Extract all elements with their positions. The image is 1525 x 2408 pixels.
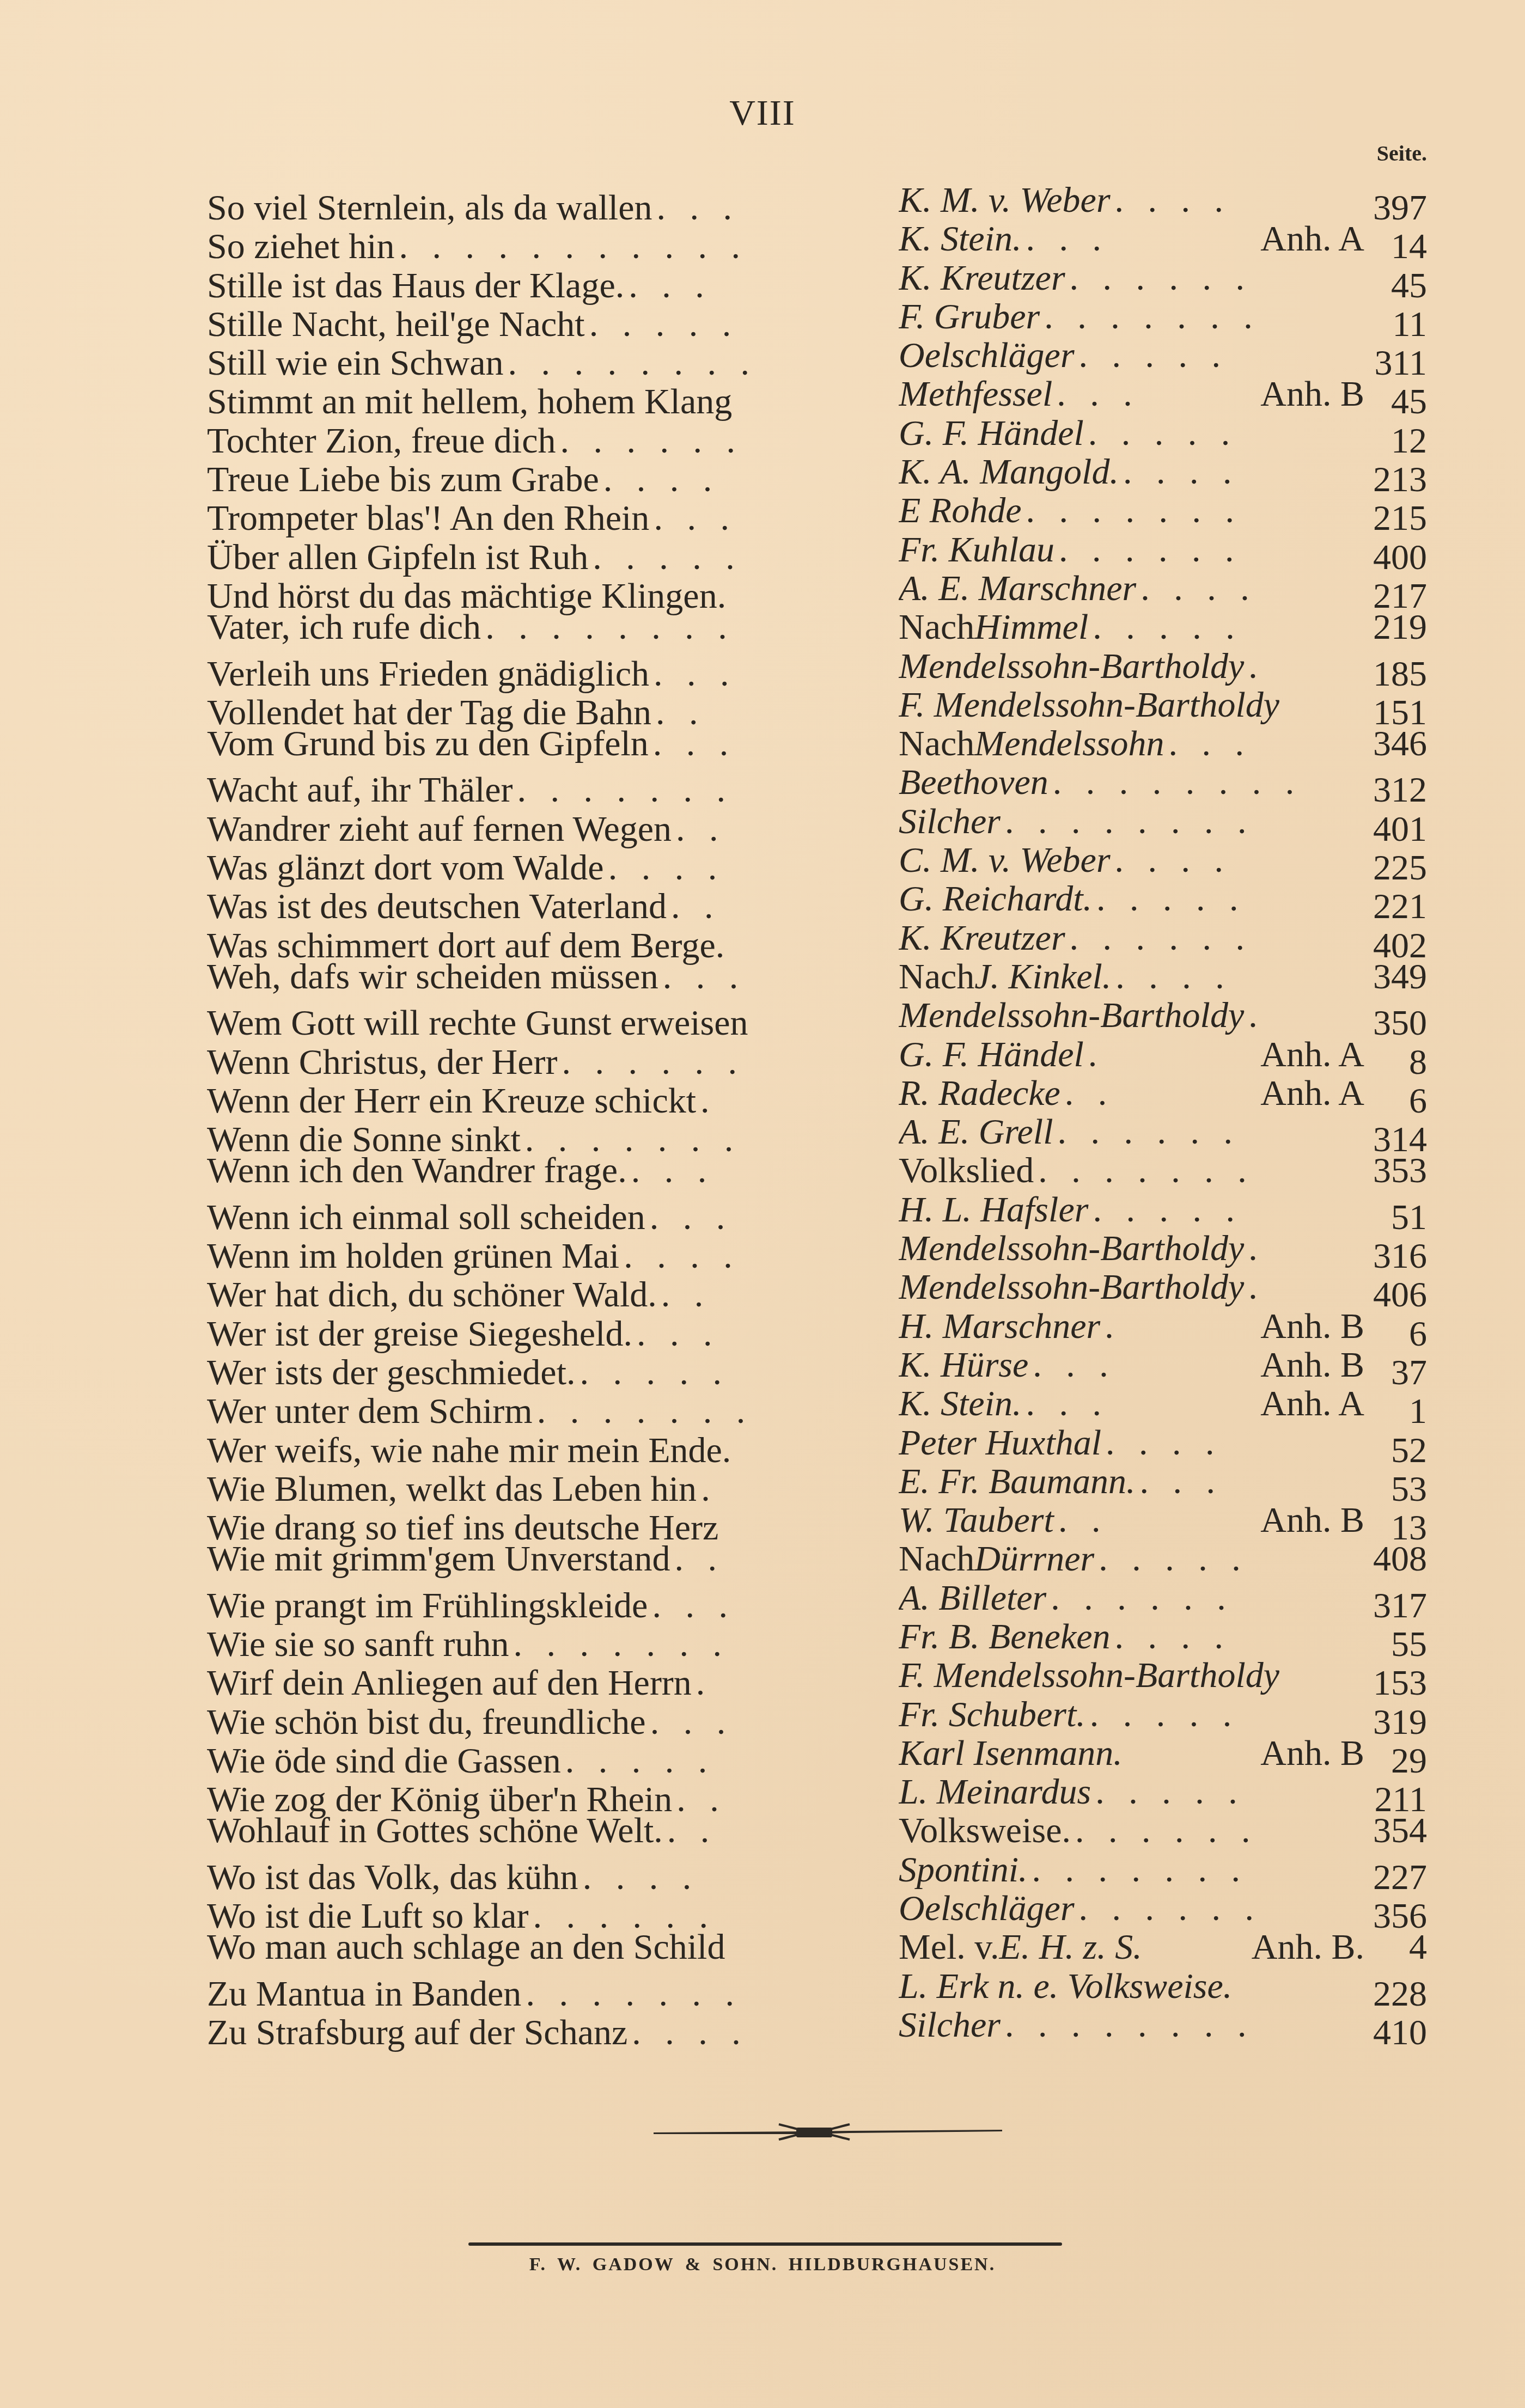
entry-title-cell: Vom Grund bis zu den Gipfeln . . . bbox=[207, 724, 899, 763]
appendix-ref bbox=[1359, 919, 1364, 957]
page-ref: 401 bbox=[1364, 810, 1427, 848]
composer-name: Mendelssohn bbox=[974, 724, 1164, 763]
page-ref: 153 bbox=[1364, 1664, 1427, 1702]
composer-dot-leader: . . . . . . bbox=[1075, 1889, 1359, 1928]
column-header-seite: Seite. bbox=[1377, 140, 1427, 166]
entry-title-cell: Wirf dein Anliegen auf den Herrn . bbox=[207, 1664, 899, 1702]
composer-prefix: Nach bbox=[899, 957, 974, 996]
appendix-ref: Anh. B bbox=[1255, 1307, 1364, 1346]
page-ref: 221 bbox=[1364, 887, 1427, 926]
appendix-ref bbox=[1359, 2006, 1364, 2044]
entry-title-cell: Stille Nacht, heil'ge Nacht . . . . . bbox=[207, 305, 899, 344]
appendix-ref: Anh. B bbox=[1255, 375, 1364, 413]
page-ref: 346 bbox=[1364, 724, 1427, 763]
appendix-ref bbox=[1359, 996, 1364, 1035]
song-title: Treue Liebe bis zum Grabe bbox=[207, 460, 599, 499]
composer-dot-leader: . . . . . bbox=[1091, 1773, 1359, 1811]
composer-name: Fr. Schubert. bbox=[899, 1695, 1085, 1734]
page-ref: 406 bbox=[1364, 1275, 1427, 1314]
composer-name: F. Gruber bbox=[899, 297, 1040, 336]
entry-composer-cell: K. M. v. Weber . . . . bbox=[899, 181, 1364, 219]
composer-name: Oelschläger bbox=[899, 336, 1075, 375]
song-title: Tochter Zion, freue dich bbox=[207, 421, 556, 460]
composer-dot-leader: . bbox=[1244, 1268, 1359, 1306]
entry-title-cell: Wer ists der geschmiedet. . . . . . bbox=[207, 1353, 899, 1392]
song-title: Wer unter dem Schirm bbox=[207, 1392, 533, 1431]
dot-leader: . bbox=[696, 1081, 899, 1120]
entry-composer-cell: Volksweise. . . . . . . bbox=[899, 1811, 1364, 1850]
appendix-ref bbox=[1359, 1656, 1364, 1695]
composer-name: G. F. Händel bbox=[899, 1035, 1084, 1074]
dot-leader: . . . . . . . . bbox=[481, 608, 899, 646]
composer-prefix: Mel. v. bbox=[899, 1928, 999, 1966]
index-entry: Wenn ich den Wandrer frage. . . . Volksl… bbox=[207, 1151, 1427, 1190]
composer-dot-leader: . . . . . bbox=[1084, 414, 1359, 453]
composer-dot-leader: . . . . . . bbox=[1071, 1811, 1359, 1850]
entry-title-cell: Wenn der Herr ein Kreuze schickt . bbox=[207, 1081, 899, 1120]
composer-name: F. Mendelssohn-Bartholdy bbox=[899, 686, 1279, 724]
song-title: Wacht auf, ihr Thäler bbox=[207, 771, 513, 809]
composer-dot-leader: . . . . . bbox=[1088, 1190, 1359, 1229]
page-ref: 317 bbox=[1364, 1586, 1427, 1625]
composer-name: E. Fr. Baumann. bbox=[899, 1462, 1135, 1501]
composer-name: Mendelssohn-Bartholdy bbox=[899, 1268, 1244, 1306]
page-ref: 400 bbox=[1364, 538, 1427, 577]
dot-leader: . . . . . . . . bbox=[503, 344, 899, 382]
composer-name: Silcher bbox=[899, 802, 1001, 841]
entry-title-cell: Trompeter blas'! An den Rhein . . . bbox=[207, 499, 899, 537]
composer-name: E Rohde bbox=[899, 491, 1021, 530]
page-ref: 45 bbox=[1364, 382, 1427, 421]
appendix-ref bbox=[1359, 530, 1364, 569]
entry-composer-cell: A. E. Marschner . . . . bbox=[899, 569, 1364, 608]
entry-composer-cell: Silcher . . . . . . . . bbox=[899, 2006, 1364, 2044]
composer-dot-leader: . . . . . . . . bbox=[1001, 2006, 1359, 2044]
song-title: Zu Strafsburg auf der Schanz bbox=[207, 2013, 627, 2052]
composer-dot-leader: . . . . . . . bbox=[1034, 1151, 1359, 1190]
entry-title-cell: Zu Mantua in Banden . . . . . . . bbox=[207, 1975, 899, 2013]
appendix-ref bbox=[1359, 414, 1364, 453]
dot-leader: . . . . . . . bbox=[509, 1625, 899, 1664]
dot-leader: . . . bbox=[646, 1703, 899, 1741]
appendix-ref: Anh. B bbox=[1255, 1346, 1364, 1384]
appendix-ref bbox=[1359, 1967, 1364, 2006]
entry-composer-cell: Fr. Schubert. . . . . . bbox=[899, 1695, 1364, 1734]
index-entry: Wo man auch schlage an den Schild Mel. v… bbox=[207, 1928, 1427, 1966]
appendix-ref bbox=[1359, 1423, 1364, 1462]
page-number: VIII bbox=[0, 93, 1525, 134]
composer-name: E. H. z. S. bbox=[999, 1928, 1142, 1966]
dot-leader: . . bbox=[667, 887, 899, 926]
entry-title-cell: Wie öde sind die Gassen . . . . . bbox=[207, 1741, 899, 1780]
appendix-ref: Anh. B bbox=[1255, 1734, 1364, 1773]
entry-composer-cell: Volkslied . . . . . . . bbox=[899, 1151, 1364, 1190]
entry-title-cell: Still wie ein Schwan . . . . . . . . bbox=[207, 344, 899, 382]
dot-leader: . . . . . . bbox=[558, 1043, 899, 1081]
entry-composer-cell: Karl Isenmann. Anh. B bbox=[899, 1734, 1364, 1773]
entry-title-cell: Tochter Zion, freue dich . . . . . . bbox=[207, 421, 899, 460]
entry-title-cell: Wenn Christus, der Herr . . . . . . bbox=[207, 1043, 899, 1081]
composer-dot-leader: . . . bbox=[1052, 375, 1255, 413]
page-ref: 53 bbox=[1364, 1470, 1427, 1508]
song-title: Wenn ich den Wandrer frage. bbox=[207, 1151, 627, 1190]
entry-title-cell: Wer hat dich, du schöner Wald. . . bbox=[207, 1275, 899, 1314]
dot-leader: . . . bbox=[649, 724, 899, 763]
page-ref: 350 bbox=[1364, 1004, 1427, 1042]
dot-leader: . . bbox=[657, 1275, 899, 1314]
song-title: Weh, dafs wir scheiden müssen bbox=[207, 957, 658, 996]
entry-composer-cell: H. Marschner . Anh. B bbox=[899, 1307, 1364, 1346]
appendix-ref bbox=[1359, 841, 1364, 879]
composer-name: Fr. B. Beneken bbox=[899, 1617, 1111, 1656]
song-title: Wem Gott will rechte Gunst erweisen bbox=[207, 1004, 748, 1042]
ornament-rule-icon bbox=[654, 2121, 1002, 2143]
appendix-ref: Anh. B bbox=[1255, 1501, 1364, 1539]
composer-name: A. E. Marschner bbox=[899, 569, 1136, 608]
entry-composer-cell: H. L. Hafsler . . . . . bbox=[899, 1190, 1364, 1229]
entry-composer-cell: Mendelssohn-Bartholdy . bbox=[899, 996, 1364, 1035]
dot-leader: . . . bbox=[627, 1151, 899, 1190]
appendix-ref bbox=[1359, 1889, 1364, 1928]
page-ref: 215 bbox=[1364, 499, 1427, 537]
entry-title-cell: Wie mit grimm'gem Unverstand . . bbox=[207, 1539, 899, 1578]
song-title: Trompeter blas'! An den Rhein bbox=[207, 499, 649, 537]
index-entry: Wie prangt im Frühlingskleide . . . A. B… bbox=[207, 1579, 1427, 1617]
page-ref: 349 bbox=[1364, 957, 1427, 996]
entry-title-cell: Wer ist der greise Siegesheld. . . . bbox=[207, 1315, 899, 1353]
composer-name: F. Mendelssohn-Bartholdy bbox=[899, 1656, 1279, 1695]
song-title: Still wie ein Schwan bbox=[207, 344, 503, 382]
dot-leader: . . . . . bbox=[561, 1741, 899, 1780]
composer-name: A. Billeter bbox=[899, 1579, 1046, 1617]
entry-composer-cell: Nach Mendelssohn . . . bbox=[899, 724, 1364, 763]
entry-composer-cell: L. Erk n. e. Volksweise. bbox=[899, 1967, 1364, 2006]
dot-leader: . . bbox=[670, 1539, 899, 1578]
song-title: Verleih uns Frieden gnädiglich bbox=[207, 655, 649, 693]
entry-composer-cell: K. Kreutzer . . . . . . bbox=[899, 259, 1364, 297]
composer-name: Mendelssohn-Bartholdy bbox=[899, 1229, 1244, 1268]
composer-dot-leader: . . . . . . bbox=[1065, 919, 1359, 957]
entry-title-cell: Über allen Gipfeln ist Ruh . . . . . bbox=[207, 538, 899, 577]
page-ref: 408 bbox=[1364, 1539, 1427, 1578]
entry-title-cell: Wer unter dem Schirm . . . . . . . bbox=[207, 1392, 899, 1431]
page-ref: 316 bbox=[1364, 1237, 1427, 1275]
dot-leader: . . . . bbox=[578, 1858, 899, 1897]
song-title: Wenn der Herr ein Kreuze schickt bbox=[207, 1081, 696, 1120]
song-title: Vom Grund bis zu den Gipfeln bbox=[207, 724, 649, 763]
composer-dot-leader: . . . . . . . . bbox=[1001, 802, 1359, 841]
dot-leader: . . . . . . . . . . . bbox=[395, 227, 899, 266]
entry-title-cell: Wie Blumen, welkt das Leben hin . bbox=[207, 1470, 899, 1508]
dot-leader: . . . . bbox=[627, 2013, 899, 2052]
appendix-ref bbox=[1359, 1695, 1364, 1734]
composer-dot-leader: . bbox=[1244, 647, 1359, 686]
song-title: Stimmt an mit hellem, hohem Klang bbox=[207, 382, 732, 421]
dot-leader: . bbox=[697, 1470, 899, 1508]
song-title: Stille Nacht, heil'ge Nacht bbox=[207, 305, 585, 344]
index-entry: Vom Grund bis zu den Gipfeln . . . Nach … bbox=[207, 724, 1427, 763]
entry-composer-cell: E. Fr. Baumann. . . . bbox=[899, 1462, 1364, 1501]
song-title: Wenn im holden grünen Mai bbox=[207, 1237, 619, 1275]
page-ref: 52 bbox=[1364, 1431, 1427, 1470]
song-title: Wie mit grimm'gem Unverstand bbox=[207, 1539, 670, 1578]
entry-title-cell: Was ist des deutschen Vaterland . . bbox=[207, 887, 899, 926]
entry-composer-cell: Nach J. Kinkel. . . . . bbox=[899, 957, 1364, 996]
composer-dot-leader: . . . . . . bbox=[1054, 530, 1359, 569]
appendix-ref bbox=[1359, 1539, 1364, 1578]
dot-leader: . . bbox=[663, 1811, 899, 1850]
composer-dot-leader: . . . bbox=[1022, 1384, 1255, 1423]
composer-name: K. M. v. Weber bbox=[899, 181, 1111, 219]
entry-title-cell: Wacht auf, ihr Thäler . . . . . . . bbox=[207, 771, 899, 809]
song-title: Zu Mantua in Banden bbox=[207, 1975, 521, 2013]
song-title: Wie schön bist du, freundliche bbox=[207, 1703, 646, 1741]
composer-prefix: Nach bbox=[899, 608, 974, 646]
dot-leader: . . . . . bbox=[575, 1353, 899, 1392]
entry-composer-cell: F. Mendelssohn-Bartholdy bbox=[899, 1656, 1364, 1695]
appendix-ref bbox=[1359, 1190, 1364, 1229]
composer-name: C. M. v. Weber bbox=[899, 841, 1111, 879]
song-title: Wo ist das Volk, das kühn bbox=[207, 1858, 578, 1897]
dot-leader: . . . bbox=[624, 266, 899, 305]
entry-composer-cell: Mendelssohn-Bartholdy . bbox=[899, 1268, 1364, 1306]
appendix-ref bbox=[1359, 763, 1364, 802]
appendix-ref: Anh. B. bbox=[1246, 1928, 1364, 1966]
printer-imprint: F. W. GADOW & SOHN. HILDBURGHAUSEN. bbox=[0, 2254, 1525, 2275]
entry-title-cell: Wo man auch schlage an den Schild bbox=[207, 1928, 899, 1966]
dot-leader: . bbox=[692, 1664, 899, 1702]
dot-leader bbox=[732, 382, 899, 421]
composer-dot-leader: . . . . . bbox=[1085, 1695, 1359, 1734]
song-title: Wie Blumen, welkt das Leben hin bbox=[207, 1470, 697, 1508]
dot-leader bbox=[748, 1004, 899, 1042]
song-title: Wie öde sind die Gassen bbox=[207, 1741, 561, 1780]
entry-title-cell: Stimmt an mit hellem, hohem Klang bbox=[207, 382, 899, 421]
song-title: Wer ist der greise Siegesheld. bbox=[207, 1315, 632, 1353]
composer-dot-leader: . . . bbox=[1022, 219, 1255, 258]
entry-title-cell: Wer weifs, wie nahe mir mein Ende. bbox=[207, 1431, 899, 1470]
dot-leader: . . . . . . bbox=[556, 421, 899, 460]
entry-composer-cell: Oelschläger . . . . . bbox=[899, 336, 1364, 375]
appendix-ref bbox=[1359, 1617, 1364, 1656]
composer-dot-leader: . . . . . . bbox=[1046, 1579, 1359, 1617]
page-ref: 12 bbox=[1364, 421, 1427, 460]
composer-name: Methfessel bbox=[899, 375, 1052, 413]
entry-composer-cell: Nach Dürrner . . . . . bbox=[899, 1539, 1364, 1578]
page-ref: 6 bbox=[1364, 1081, 1427, 1120]
entry-title-cell: Wenn ich einmal soll scheiden . . . bbox=[207, 1198, 899, 1237]
composer-name: L. Erk n. e. Volksweise. bbox=[899, 1967, 1232, 2006]
composer-dot-leader: . . . . . bbox=[1094, 1539, 1359, 1578]
composer-dot-leader: . . . bbox=[1028, 1346, 1255, 1384]
composer-name: K. Hürse bbox=[899, 1346, 1028, 1384]
composer-dot-leader: . . . . bbox=[1111, 1617, 1359, 1656]
dot-leader bbox=[725, 1928, 899, 1966]
dot-leader: . . . bbox=[649, 655, 899, 693]
entry-composer-cell: Fr. B. Beneken . . . . bbox=[899, 1617, 1364, 1656]
entry-composer-cell: G. F. Händel . . . . . bbox=[899, 414, 1364, 453]
composer-name: A. E. Grell bbox=[899, 1113, 1053, 1151]
appendix-ref bbox=[1359, 1850, 1364, 1889]
appendix-ref bbox=[1359, 724, 1364, 763]
composer-name: G. F. Händel bbox=[899, 414, 1084, 453]
composer-dot-leader: . . . . . bbox=[1088, 608, 1359, 646]
dot-leader: . . . bbox=[658, 957, 899, 996]
composer-dot-leader: . . . . . . . bbox=[1040, 297, 1359, 336]
appendix-ref bbox=[1359, 879, 1364, 918]
composer-dot-leader: . . . . bbox=[1111, 841, 1359, 879]
composer-dot-leader bbox=[1279, 686, 1359, 724]
entry-title-cell: Stille ist das Haus der Klage. . . . bbox=[207, 266, 899, 305]
page-ref: 29 bbox=[1364, 1741, 1427, 1780]
composer-dot-leader: . . . . . . bbox=[1053, 1113, 1359, 1151]
composer-name: H. Marschner bbox=[899, 1307, 1100, 1346]
dot-leader bbox=[731, 1431, 899, 1470]
appendix-ref bbox=[1359, 1229, 1364, 1268]
song-title: So viel Sternlein, als da wallen bbox=[207, 188, 652, 227]
song-title: Über allen Gipfeln ist Ruh bbox=[207, 538, 588, 577]
entry-composer-cell: Oelschläger . . . . . . bbox=[899, 1889, 1364, 1928]
appendix-ref: Anh. A bbox=[1255, 1074, 1364, 1113]
page-ref: 312 bbox=[1364, 771, 1427, 809]
composer-name: Mendelssohn-Bartholdy bbox=[899, 996, 1244, 1035]
song-title: Wenn Christus, der Herr bbox=[207, 1043, 558, 1081]
appendix-ref bbox=[1359, 1113, 1364, 1151]
appendix-ref bbox=[1359, 1151, 1364, 1190]
entry-composer-cell: G. F. Händel . Anh. A bbox=[899, 1035, 1364, 1074]
dot-leader: . . . . bbox=[599, 460, 899, 499]
entry-composer-cell: F. Mendelssohn-Bartholdy bbox=[899, 686, 1364, 724]
entry-composer-cell: Nach Himmel . . . . . bbox=[899, 608, 1364, 646]
index-entry: Verleih uns Frieden gnädiglich . . . Men… bbox=[207, 647, 1427, 686]
page-ref: 51 bbox=[1364, 1198, 1427, 1237]
entry-title-cell: Wohlauf in Gottes schöne Welt. . . bbox=[207, 1811, 899, 1850]
index-entry: Weh, dafs wir scheiden müssen . . . Nach… bbox=[207, 957, 1427, 996]
composer-prefix: Volksweise. bbox=[899, 1811, 1071, 1850]
song-title: Vater, ich rufe dich bbox=[207, 608, 481, 646]
dot-leader: . . . bbox=[648, 1586, 899, 1625]
entry-composer-cell: Beethoven . . . . . . . . bbox=[899, 763, 1364, 802]
song-title: Wer hat dich, du schöner Wald. bbox=[207, 1275, 657, 1314]
entry-composer-cell: K. A. Mangold. . . . . bbox=[899, 453, 1364, 491]
appendix-ref bbox=[1359, 491, 1364, 530]
appendix-ref bbox=[1359, 1579, 1364, 1617]
page-ref: 225 bbox=[1364, 848, 1427, 887]
page-ref: 11 bbox=[1364, 305, 1427, 344]
dot-leader: . . . . bbox=[604, 848, 899, 887]
dot-leader: . . . bbox=[632, 1315, 899, 1353]
song-title: Wirf dein Anliegen auf den Herrn bbox=[207, 1664, 692, 1702]
composer-dot-leader: . . . . . . bbox=[1065, 259, 1359, 297]
dot-leader: . . . . . . . bbox=[533, 1392, 899, 1431]
composer-name: J. Kinkel. bbox=[974, 957, 1111, 996]
dot-leader: . . . bbox=[649, 499, 899, 537]
composer-name: H. L. Hafsler bbox=[899, 1190, 1088, 1229]
composer-name: Himmel bbox=[974, 608, 1088, 646]
entry-composer-cell: K. Kreutzer . . . . . . bbox=[899, 919, 1364, 957]
page-ref: 37 bbox=[1364, 1353, 1427, 1392]
page-ref: 55 bbox=[1364, 1625, 1427, 1664]
index-entry: Wem Gott will rechte Gunst erweisen Mend… bbox=[207, 996, 1427, 1035]
composer-name: Mendelssohn-Bartholdy bbox=[899, 647, 1244, 686]
song-title: Wer weifs, wie nahe mir mein Ende. bbox=[207, 1431, 731, 1470]
composer-prefix: Nach bbox=[899, 1539, 974, 1578]
page-ref: 410 bbox=[1364, 2013, 1427, 2052]
appendix-ref bbox=[1359, 297, 1364, 336]
entry-title-cell: Wie prangt im Frühlingskleide . . . bbox=[207, 1586, 899, 1625]
entry-composer-cell: C. M. v. Weber . . . . bbox=[899, 841, 1364, 879]
index-entry: Wenn ich einmal soll scheiden . . . H. L… bbox=[207, 1190, 1427, 1229]
composer-name: Fr. Kuhlau bbox=[899, 530, 1054, 569]
page-ref: 227 bbox=[1364, 1858, 1427, 1897]
entry-composer-cell: F. Gruber . . . . . . . bbox=[899, 297, 1364, 336]
footer-rule bbox=[468, 2242, 1062, 2246]
page-ref: 8 bbox=[1364, 1043, 1427, 1081]
index-entry: Zu Mantua in Banden . . . . . . . L. Erk… bbox=[207, 1967, 1427, 2006]
dot-leader: . . . . . bbox=[585, 305, 899, 344]
composer-name: Spontini. bbox=[899, 1850, 1028, 1889]
entry-composer-cell: Fr. Kuhlau . . . . . . bbox=[899, 530, 1364, 569]
entry-title-cell: Wo ist das Volk, das kühn . . . . bbox=[207, 1858, 899, 1897]
composer-name: Peter Huxthal bbox=[899, 1423, 1101, 1462]
composer-dot-leader: . . . . bbox=[1136, 569, 1359, 608]
entry-composer-cell: Spontini. . . . . . . . bbox=[899, 1850, 1364, 1889]
composer-name: K. Kreutzer bbox=[899, 259, 1065, 297]
composer-name: Silcher bbox=[899, 2006, 1001, 2044]
entry-title-cell: Wenn im holden grünen Mai . . . . bbox=[207, 1237, 899, 1275]
entry-title-cell: Zu Strafsburg auf der Schanz . . . . bbox=[207, 2013, 899, 2052]
composer-name: Karl Isenmann. bbox=[899, 1734, 1123, 1773]
composer-prefix: Volkslied bbox=[899, 1151, 1034, 1190]
composer-dot-leader: . bbox=[1244, 1229, 1359, 1268]
page-ref: 228 bbox=[1364, 1975, 1427, 2013]
appendix-ref bbox=[1359, 802, 1364, 841]
composer-name: K. Stein. bbox=[899, 219, 1022, 258]
page-ref: 6 bbox=[1364, 1315, 1427, 1353]
song-title: Wer ists der geschmiedet. bbox=[207, 1353, 575, 1392]
page-ref: 185 bbox=[1364, 655, 1427, 693]
appendix-ref bbox=[1359, 569, 1364, 608]
entry-title-cell: Wie sie so sanft ruhn . . . . . . . bbox=[207, 1625, 899, 1664]
page-ref: 1 bbox=[1364, 1392, 1427, 1431]
dot-leader: . . . . . . . bbox=[513, 771, 899, 809]
appendix-ref bbox=[1359, 957, 1364, 996]
page-ref: 397 bbox=[1364, 188, 1427, 227]
entry-title-cell: Wem Gott will rechte Gunst erweisen bbox=[207, 1004, 899, 1042]
entry-composer-cell: A. E. Grell . . . . . . bbox=[899, 1113, 1364, 1151]
entry-title-cell: Wandrer zieht auf fernen Wegen . . bbox=[207, 810, 899, 848]
song-title: Was ist des deutschen Vaterland bbox=[207, 887, 667, 926]
page-ref: 45 bbox=[1364, 266, 1427, 305]
dot-leader: . . . bbox=[645, 1198, 899, 1237]
entry-composer-cell: Mel. v. E. H. z. S. Anh. B. bbox=[899, 1928, 1364, 1966]
appendix-ref bbox=[1359, 608, 1364, 646]
appendix-ref: Anh. A bbox=[1255, 1035, 1364, 1074]
entry-composer-cell: Mendelssohn-Bartholdy . bbox=[899, 647, 1364, 686]
entry-composer-cell: E Rohde . . . . . . . bbox=[899, 491, 1364, 530]
composer-dot-leader: . . . bbox=[1164, 724, 1359, 763]
song-title: Wo man auch schlage an den Schild bbox=[207, 1928, 725, 1966]
composer-name: Dürrner bbox=[974, 1539, 1094, 1578]
composer-dot-leader: . . . . bbox=[1101, 1423, 1359, 1462]
index-entry: Wo ist das Volk, das kühn . . . . Sponti… bbox=[207, 1850, 1427, 1889]
entry-title-cell: Vater, ich rufe dich . . . . . . . . bbox=[207, 608, 899, 646]
appendix-ref bbox=[1359, 259, 1364, 297]
appendix-ref bbox=[1359, 647, 1364, 686]
entry-title-cell: So viel Sternlein, als da wallen . . . bbox=[207, 188, 899, 227]
entry-title-cell: Weh, dafs wir scheiden müssen . . . bbox=[207, 957, 899, 996]
song-title: Wie sie so sanft ruhn bbox=[207, 1625, 509, 1664]
